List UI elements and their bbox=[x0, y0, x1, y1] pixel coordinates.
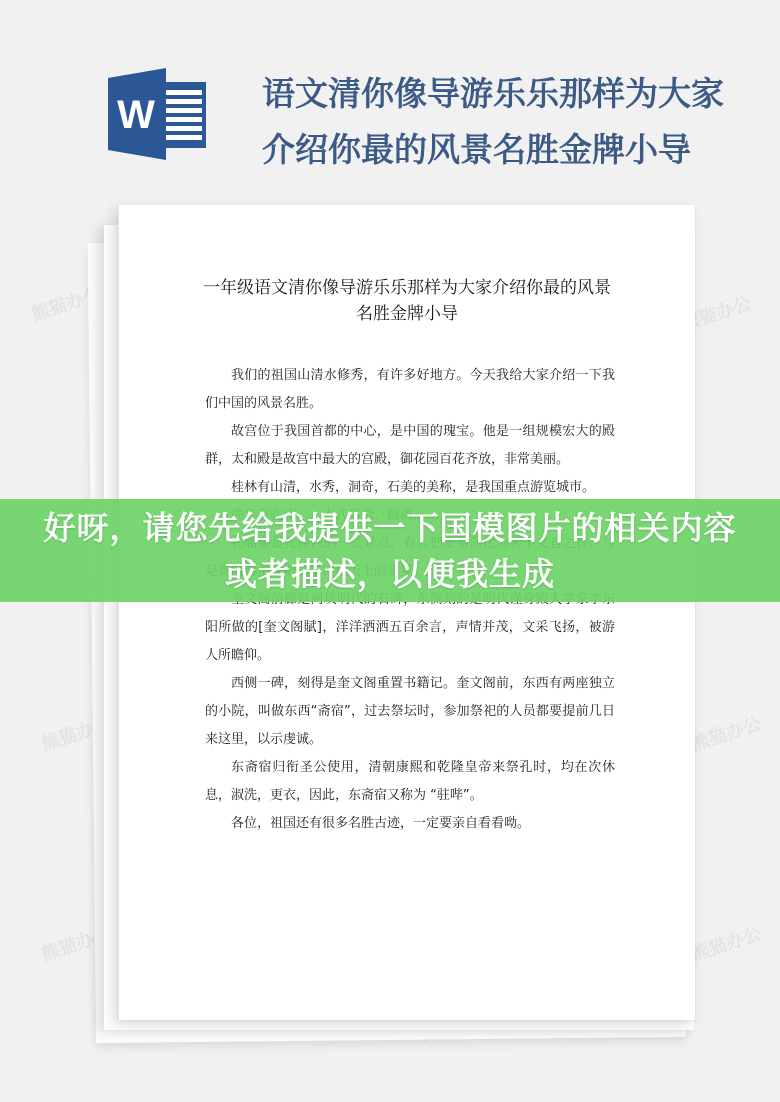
svg-text:W: W bbox=[117, 93, 155, 137]
paragraph: 桂林有山清，水秀，洞奇，石美的美称，是我国重点游览城市。 bbox=[205, 474, 615, 502]
watermark: 熊猫办公 bbox=[688, 920, 765, 967]
document-page: 一年级语文清你像导游乐乐那样为大家介绍你最的风景名胜金牌小导 我们的祖国山清水修… bbox=[118, 205, 695, 1020]
paragraph: 故宫位于我国首都的中心，是中国的瑰宝。他是一组规模宏大的殿群，太和殿是故宫中最大… bbox=[205, 418, 615, 474]
paragraph: 我们的祖国山清水修秀，有许多好地方。今天我给大家介绍一下我们中国的风景名胜。 bbox=[205, 362, 615, 418]
overlay-text: 好呀，请您先给我提供一下国模图片的相关内容或者描述，以便我生成 bbox=[40, 505, 740, 597]
paragraph: 各位，祖国还有很多名胜古迹，一定要亲自看看呦。 bbox=[205, 810, 615, 838]
overlay-banner: 好呀，请您先给我提供一下国模图片的相关内容或者描述，以便我生成 bbox=[0, 499, 780, 602]
word-icon: W bbox=[108, 68, 208, 160]
paragraph: 东斋宿归衔圣公使用，清朝康熙和乾隆皇帝来祭孔时，均在次休息，淑洗，更衣，因此，东… bbox=[205, 754, 615, 810]
header-title: 语文清你像导游乐乐那样为大家介绍你最的风景名胜金牌小导 bbox=[262, 66, 732, 178]
watermark: 熊猫办公 bbox=[688, 710, 765, 757]
paragraph: 西侧一碑，刻得是奎文阁重置书籍记。奎文阁前，东西有两座独立的小院，叫做东西“斋宿… bbox=[205, 670, 615, 754]
document-title: 一年级语文清你像导游乐乐那样为大家介绍你最的风景名胜金牌小导 bbox=[119, 275, 695, 327]
